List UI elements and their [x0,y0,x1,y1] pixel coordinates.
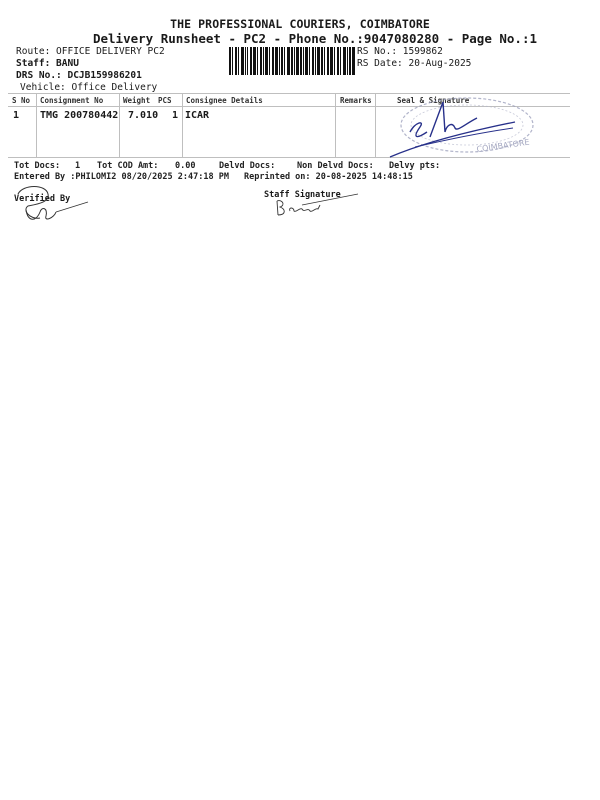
seal-signature-stamp: COIMBATORE [385,92,540,162]
drs-no-text: DRS No.: DCJB159986201 [16,70,142,81]
col-header-weight: Weight [123,96,150,105]
col-header-consignee: Consignee Details [186,96,263,105]
tot-cod-label: Tot COD Amt: [97,161,158,171]
cell-weight: 7.010 [128,110,158,121]
reprinted-on-text: Reprinted on: 20-08-2025 14:48:15 [244,172,413,182]
tot-docs-value: 1 [75,161,80,171]
tot-cod-value: 0.00 [175,161,195,171]
delvy-pts-label: Delvy pts: [389,161,440,171]
col-header-sno: S No [12,96,30,105]
non-delvd-docs-label: Non Delvd Docs: [297,161,374,171]
col-divider [119,93,120,157]
entered-by-text: Entered By :PHILOMI2 08/20/2025 2:47:18 … [14,172,229,182]
verified-signature-scribble [8,182,93,227]
vehicle-text: Vehicle: Office Delivery [20,82,157,93]
col-divider [182,93,183,157]
col-divider [375,93,376,157]
rs-no-text: RS No.: 1599862 [357,46,443,57]
staff-text: Staff: BANU [16,58,79,69]
staff-signature-scribble [272,193,362,221]
cell-pcs: 1 [172,110,178,121]
svg-text:COIMBATORE: COIMBATORE [476,138,530,154]
company-title: THE PROFESSIONAL COURIERS, COIMBATORE [0,17,600,31]
cell-sno: 1 [13,110,19,121]
rs-date-text: RS Date: 20-Aug-2025 [357,58,471,69]
runsheet-subtitle: Delivery Runsheet - PC2 - Phone No.:9047… [0,31,600,46]
cell-consignee: ICAR [185,110,209,121]
delvd-docs-label: Delvd Docs: [219,161,275,171]
col-header-pcs: PCS [158,96,172,105]
col-divider [36,93,37,157]
barcode-image [229,47,355,75]
cell-consignment-no: TMG 200780442 [40,110,118,121]
route-text: Route: OFFICE DELIVERY PC2 [16,46,165,57]
col-divider [335,93,336,157]
col-header-remarks: Remarks [340,96,372,105]
col-header-consignment: Consignment No [40,96,103,105]
tot-docs-label: Tot Docs: [14,161,60,171]
